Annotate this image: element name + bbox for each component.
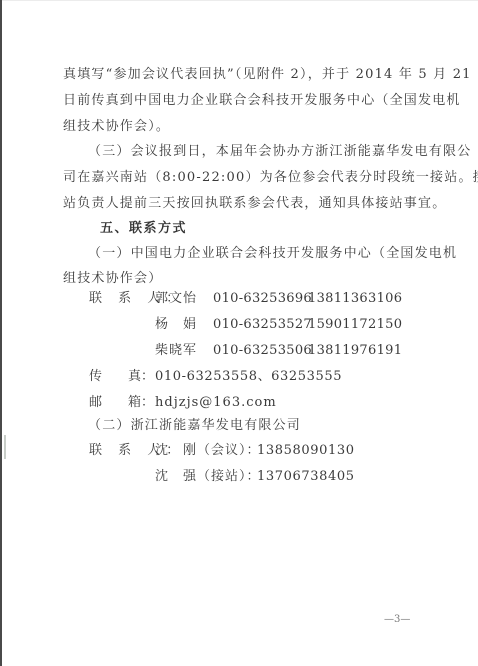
contact-name: 沈 刚（会议）：: [155, 443, 261, 459]
email-label: 邮 箱：: [89, 395, 154, 411]
paragraph-line: 站负责人提前三天按回执联系参会代表，通知具体接站事宜。: [63, 196, 446, 212]
org2-title: （二）浙江浙能嘉华发电有限公司: [88, 418, 301, 434]
paragraph-line: 司在嘉兴南站（8:00-22:00）为各位参会代表分时段统一接站。接: [63, 170, 478, 186]
section-heading: 五、联系方式: [100, 221, 187, 237]
email-value: hdjzjs@163.com: [155, 395, 277, 411]
contact-name: 柴晓军: [155, 343, 197, 359]
contact-name: 郭文怡: [155, 291, 197, 307]
page-number: —3—: [384, 614, 410, 625]
contact-name: 沈 强（接站）：: [155, 469, 261, 485]
fax-value: 010-63253558、63253555: [155, 369, 342, 385]
scan-left-edge: [0, 0, 2, 666]
contact-mobile: 15901172150: [308, 317, 402, 333]
scan-top-edge: [2, 0, 478, 1]
contact-mobile: 13858090130: [257, 443, 355, 459]
contact-phone: 010-63253527: [213, 317, 312, 333]
paragraph-line: 真填写“参加会议代表回执”（见附件 2），并于 2014 年 5 月 21: [63, 67, 472, 83]
paragraph-line: （三）会议报到日，本届年会协办方浙江浙能嘉华发电有限公: [88, 144, 471, 160]
org1-title-line2: 组技术协作会）: [63, 271, 162, 287]
contact-phone: 010-63253506: [213, 343, 312, 359]
paragraph-line: 组技术协作会）。: [63, 119, 170, 135]
fax-label: 传 真：: [89, 369, 154, 385]
scan-binding-mark: [4, 435, 6, 459]
contact-name: 杨 娟: [155, 317, 197, 333]
paragraph-line: 日前传真到中国电力企业联合会科技开发服务中心（全国发电机: [63, 93, 461, 109]
org1-title-line1: （一）中国电力企业联合会科技开发服务中心（全国发电机: [88, 246, 457, 262]
contact-mobile: 13811976191: [308, 343, 402, 359]
contact-phone: 010-63253696: [213, 291, 312, 307]
contact-mobile: 13706738405: [257, 469, 355, 485]
contact-mobile: 13811363106: [308, 291, 402, 307]
